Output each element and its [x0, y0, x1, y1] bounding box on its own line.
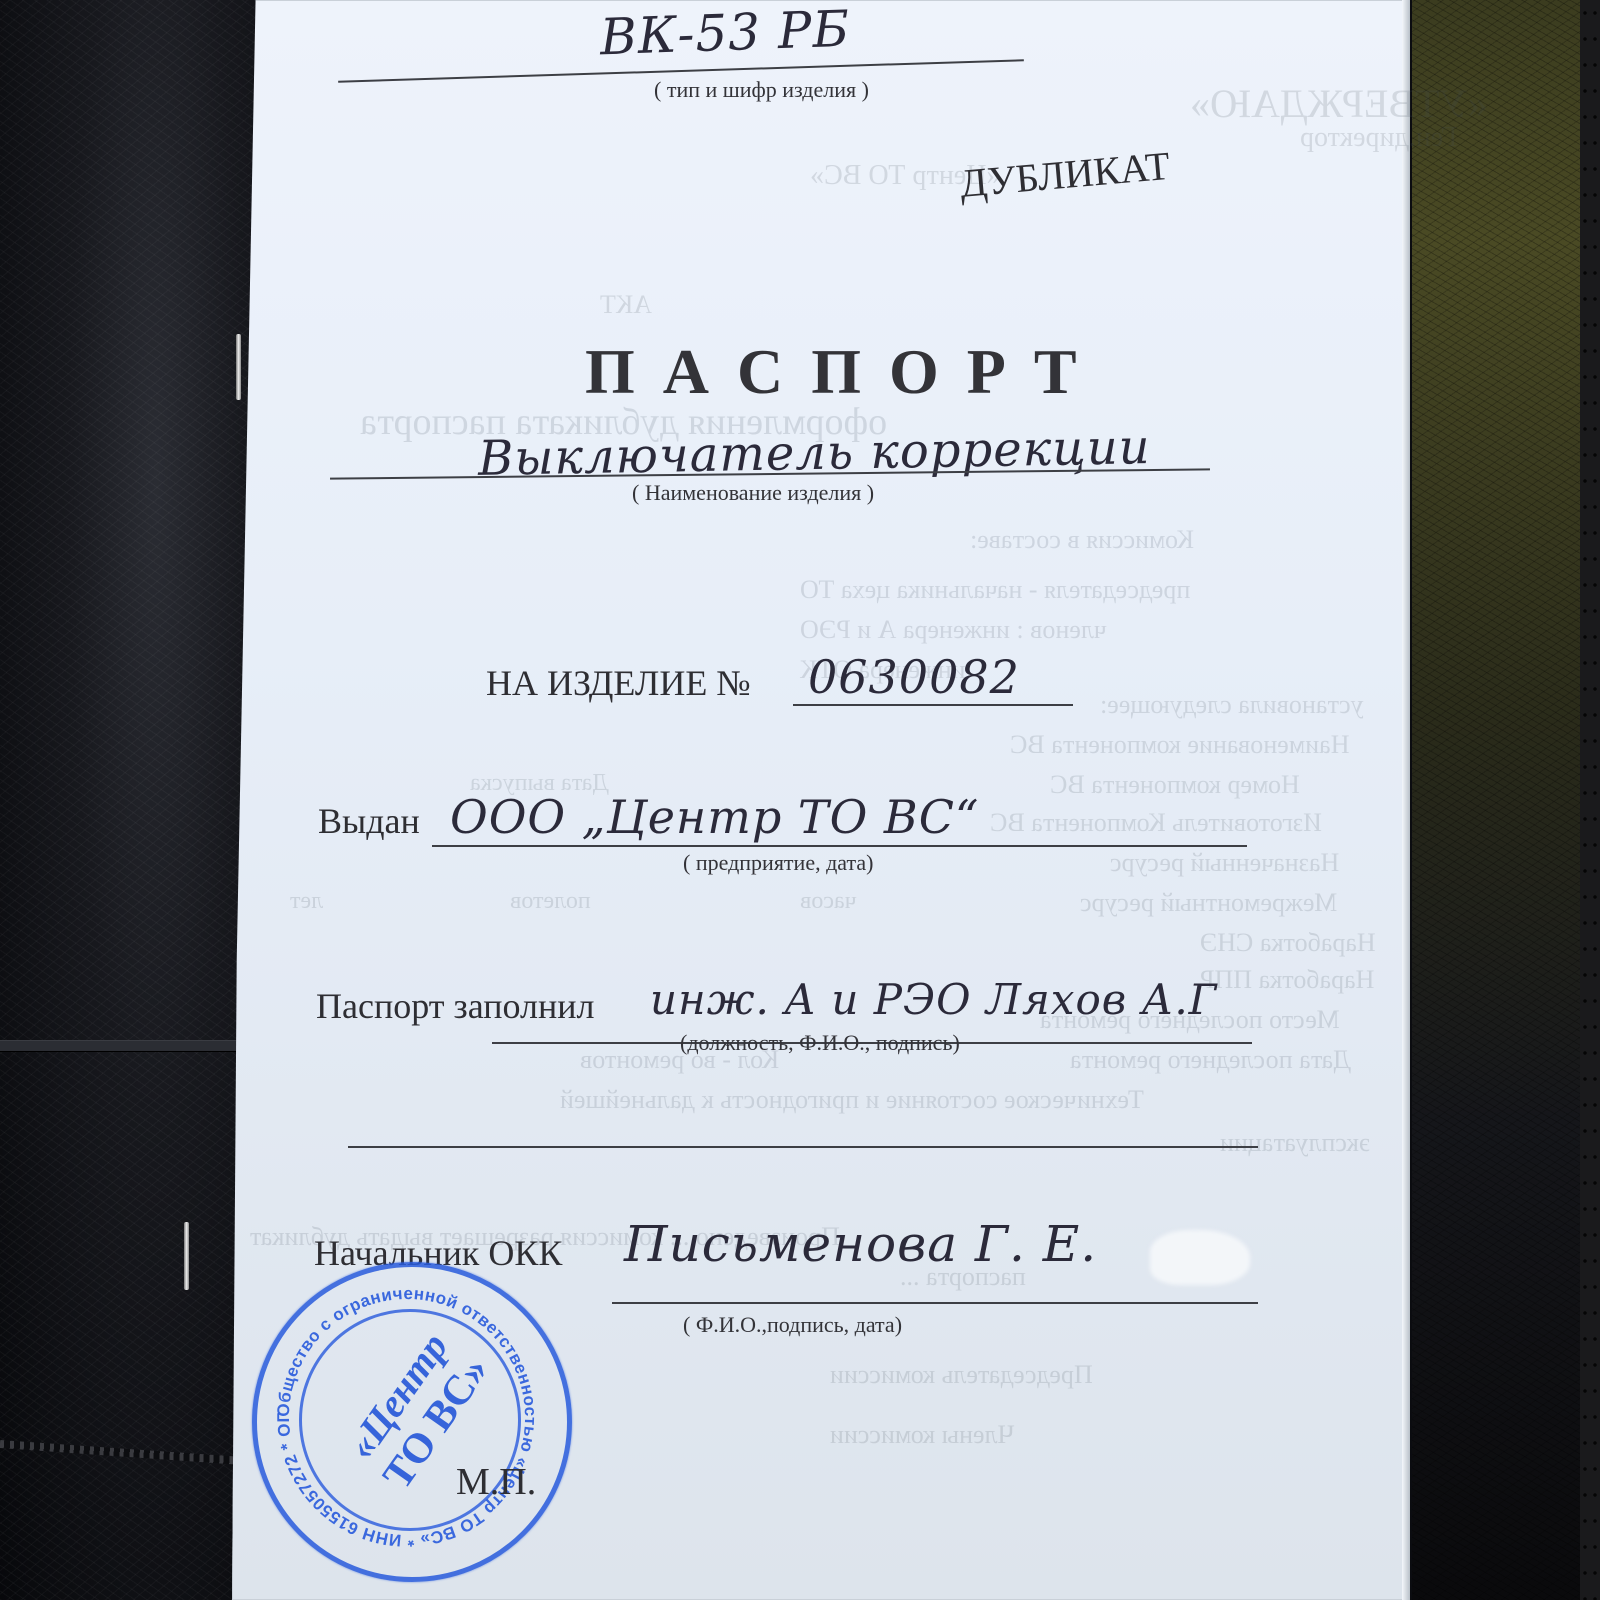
ghost-line: Наименование компонента ВС: [1010, 730, 1349, 760]
type-code-caption: ( тип и шифр изделия ): [654, 77, 869, 103]
ghost-line: председателя - начальника цеха ТО: [800, 575, 1190, 605]
ghost-line: Председатель комиссии: [830, 1360, 1093, 1390]
issued-value: ООО „Центр ТО ВС“: [450, 790, 979, 844]
leather-background-left: [0, 0, 260, 1600]
blank-underline: [348, 1146, 1258, 1148]
ghost-line: Члены комиссии: [830, 1420, 1014, 1450]
serial-value: 0630082: [808, 650, 1020, 704]
ghost-line: лет: [290, 888, 323, 915]
issued-underline: [432, 845, 1247, 847]
ghost-line: Ген.директор: [1300, 122, 1457, 154]
ghost-line: Дата последнего ремонта: [1070, 1045, 1351, 1075]
ghost-line: Межремонтный ресурс: [1080, 888, 1337, 918]
filled-by-value: инж. А и РЭО Ляхов А.Г: [650, 975, 1218, 1024]
ghost-line: Наработка СНЭ: [1200, 928, 1376, 958]
ghost-line: «УТВЕРЖДАЮ»: [1190, 80, 1488, 127]
serial-underline: [793, 704, 1073, 706]
ghost-line: Комиссия в составе:: [970, 525, 1194, 555]
ghost-line: Изготовитель Компонента ВС: [990, 808, 1322, 838]
ghost-line: Наработка ППР: [1200, 965, 1374, 995]
perforated-strap: [1580, 0, 1600, 1600]
head-value: Письменова Г. Е.: [624, 1215, 1097, 1273]
product-name-caption: ( Наименование изделия ): [632, 480, 874, 506]
staple-bottom: [184, 1222, 189, 1290]
ghost-line: Назначенный ресурс: [1110, 848, 1339, 878]
correction-fluid-patch: [1150, 1230, 1250, 1285]
ghost-line: часов: [800, 888, 857, 915]
leather-seam: [0, 1040, 250, 1052]
ghost-line: установила следующее:: [1100, 690, 1364, 720]
issued-caption: ( предприятие, дата): [683, 850, 873, 876]
filled-by-caption: (должность, Ф.И.О., подпись): [680, 1030, 960, 1056]
ghost-line: Техническое состояние и пригодность к да…: [560, 1085, 1144, 1115]
ghost-line: АКТ: [600, 290, 652, 320]
ghost-line: членов : инженера А и РЭО: [800, 615, 1107, 645]
paper-edge: [1402, 0, 1410, 1600]
seal-place-label: М.П.: [456, 1460, 536, 1504]
head-caption: ( Ф.И.О.,подпись, дата): [683, 1312, 902, 1338]
issued-label: Выдан: [318, 800, 420, 842]
filled-by-label: Паспорт заполнил: [316, 985, 594, 1027]
ghost-line: полетов: [510, 888, 591, 915]
serial-label: НА ИЗДЕЛИЕ №: [486, 662, 751, 704]
ghost-line: эксплуатации: [1220, 1128, 1370, 1158]
ghost-line: Номер компонента ВС: [1050, 770, 1300, 800]
type-code-value: ВК-53 РБ: [599, 0, 851, 66]
leather-background-right: [1412, 0, 1600, 1600]
document-title: П А С П О Р Т: [585, 335, 1083, 409]
company-seal: Общество с ограниченной ответственностью…: [252, 1262, 572, 1582]
staple-top: [236, 334, 241, 400]
head-underline: [612, 1302, 1258, 1304]
